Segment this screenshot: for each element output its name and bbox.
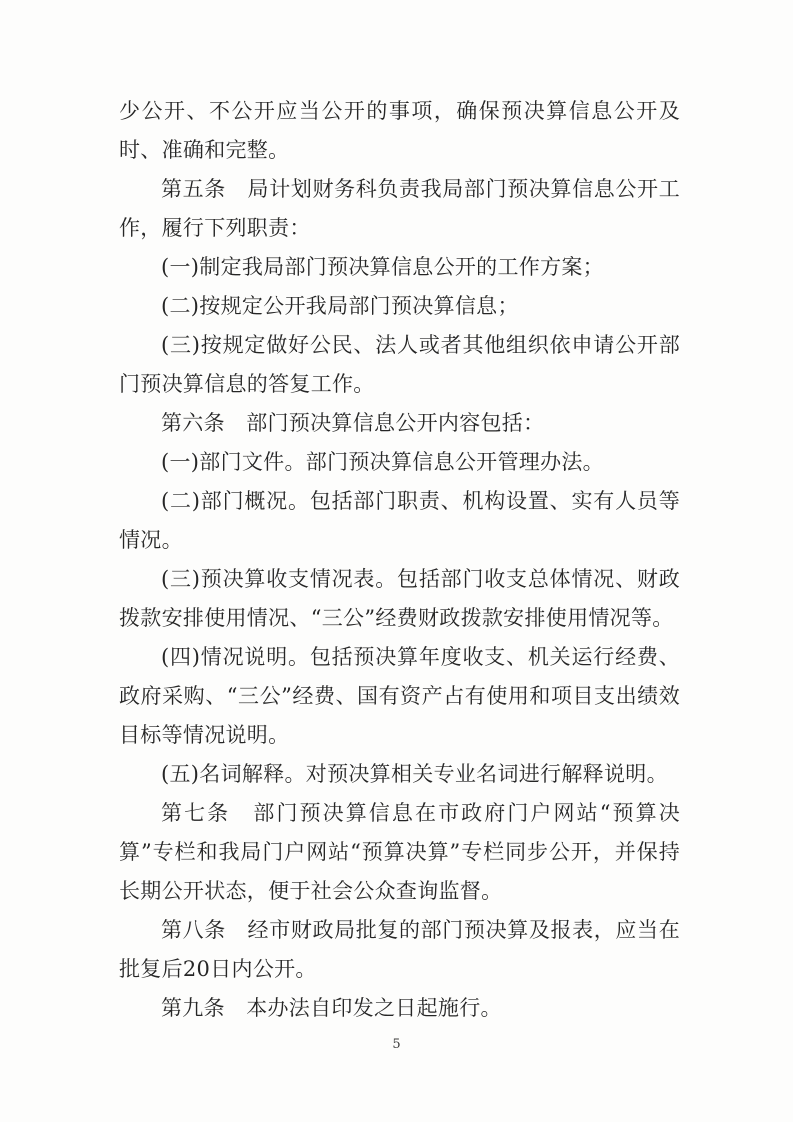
- paragraph-article-9: 第九条 本办法自印发之日起施行。: [119, 989, 680, 1028]
- page-number: 5: [0, 1036, 793, 1054]
- document-body: 少公开、不公开应当公开的事项，确保预决算信息公开及时、准确和完整。 第五条 局计…: [119, 92, 680, 1028]
- paragraph-article-6-item-1: (一)部门文件。部门预决算信息公开管理办法。: [119, 443, 680, 482]
- paragraph-article-5-item-1: (一)制定我局部门预决算信息公开的工作方案；: [119, 248, 680, 287]
- document-page: 少公开、不公开应当公开的事项，确保预决算信息公开及时、准确和完整。 第五条 局计…: [0, 0, 793, 1122]
- paragraph-article-6-item-2: (二)部门概况。包括部门职责、机构设置、实有人员等情况。: [119, 482, 680, 560]
- paragraph-article-6-item-5: (五)名词解释。对预决算相关专业名词进行解释说明。: [119, 755, 680, 794]
- paragraph-article-5-item-3: (三)按规定做好公民、法人或者其他组织依申请公开部门预决算信息的答复工作。: [119, 326, 680, 404]
- paragraph-continuation: 少公开、不公开应当公开的事项，确保预决算信息公开及时、准确和完整。: [119, 92, 680, 170]
- paragraph-article-5: 第五条 局计划财务科负责我局部门预决算信息公开工作，履行下列职责：: [119, 170, 680, 248]
- paragraph-article-6-item-4: (四)情况说明。包括预决算年度收支、机关运行经费、政府采购、“三公”经费、国有资…: [119, 638, 680, 755]
- paragraph-article-6-item-3: (三)预决算收支情况表。包括部门收支总体情况、财政拨款安排使用情况、“三公”经费…: [119, 560, 680, 638]
- paragraph-article-5-item-2: (二)按规定公开我局部门预决算信息；: [119, 287, 680, 326]
- paragraph-article-8: 第八条 经市财政局批复的部门预决算及报表，应当在批复后20日内公开。: [119, 911, 680, 989]
- paragraph-article-6: 第六条 部门预决算信息公开内容包括：: [119, 404, 680, 443]
- paragraph-article-7: 第七条 部门预决算信息在市政府门户网站“预算决算”专栏和我局门户网站“预算决算”…: [119, 794, 680, 911]
